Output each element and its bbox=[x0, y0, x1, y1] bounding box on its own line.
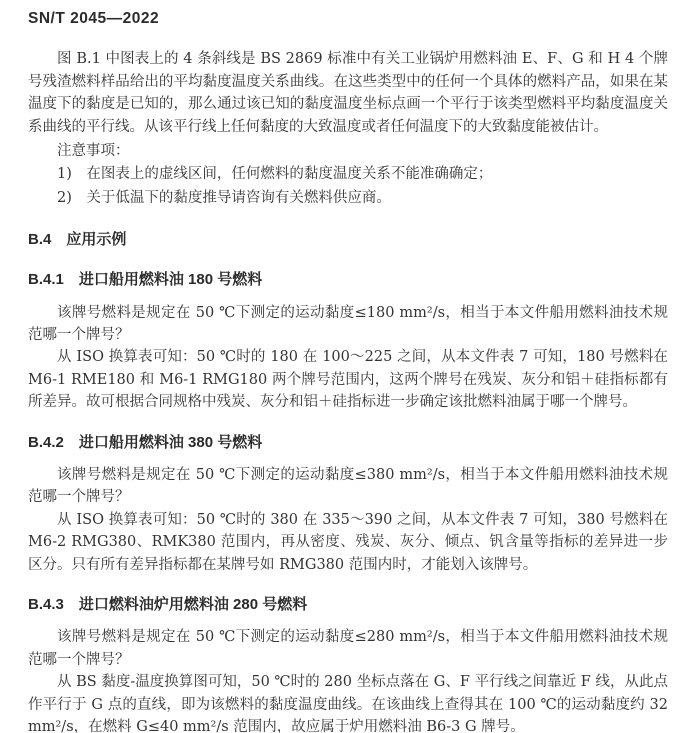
section-b4-heading: B.4 应用示例 bbox=[28, 229, 668, 251]
section-b41-paragraph-1: 该牌号燃料是规定在 50 ℃下测定的运动黏度≤180 mm²/s，相当于本文件船… bbox=[28, 302, 668, 347]
section-b41-paragraph-2: 从 ISO 换算表可知：50 ℃时的 180 在 100～225 之间，从本文件… bbox=[28, 346, 668, 413]
section-b43-paragraph-1: 该牌号燃料是规定在 50 ℃下测定的运动黏度≤280 mm²/s，相当于本文件船… bbox=[28, 626, 668, 671]
section-b42-paragraph-1: 该牌号燃料是规定在 50 ℃下测定的运动黏度≤380 mm²/s，相当于本文件船… bbox=[28, 464, 668, 509]
section-b41-heading: B.4.1 进口船用燃料油 180 号燃料 bbox=[28, 269, 668, 291]
intro-paragraph: 图 B.1 中图表上的 4 条斜线是 BS 2869 标准中有关工业锅炉用燃料油… bbox=[28, 48, 668, 138]
note-item-1: 1) 在图表上的虚线区间，任何燃料的黏度温度关系不能准确确定； bbox=[28, 163, 668, 185]
standard-number-header: SN/T 2045—2022 bbox=[28, 8, 668, 30]
section-b42-heading: B.4.2 进口船用燃料油 380 号燃料 bbox=[28, 432, 668, 454]
section-b43-paragraph-2: 从 BS 黏度-温度换算图可知，50 ℃时的 280 坐标点落在 G、F 平行线… bbox=[28, 671, 668, 733]
section-b43-heading: B.4.3 进口燃料油炉用燃料油 280 号燃料 bbox=[28, 594, 668, 616]
document-page: SN/T 2045—2022 图 B.1 中图表上的 4 条斜线是 BS 286… bbox=[0, 0, 696, 733]
note-item-2: 2) 关于低温下的黏度推导请咨询有关燃料供应商。 bbox=[28, 187, 668, 209]
notes-title: 注意事项： bbox=[28, 140, 668, 162]
section-b42-paragraph-2: 从 ISO 换算表可知：50 ℃时的 380 在 335～390 之间，从本文件… bbox=[28, 509, 668, 576]
